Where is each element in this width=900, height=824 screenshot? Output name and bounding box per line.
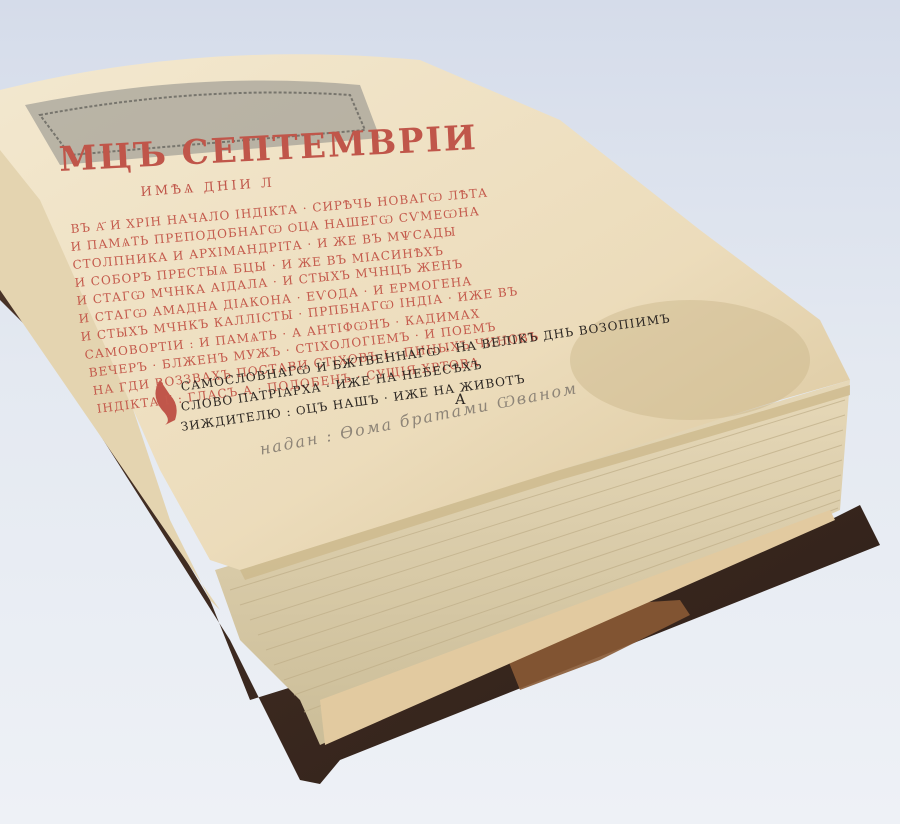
book-photo: МЦЪ СЕПТЕМВРІИ ИМѢѦ ДНІИ Л ВЪ А҃ И ХРІН … (0, 0, 900, 824)
